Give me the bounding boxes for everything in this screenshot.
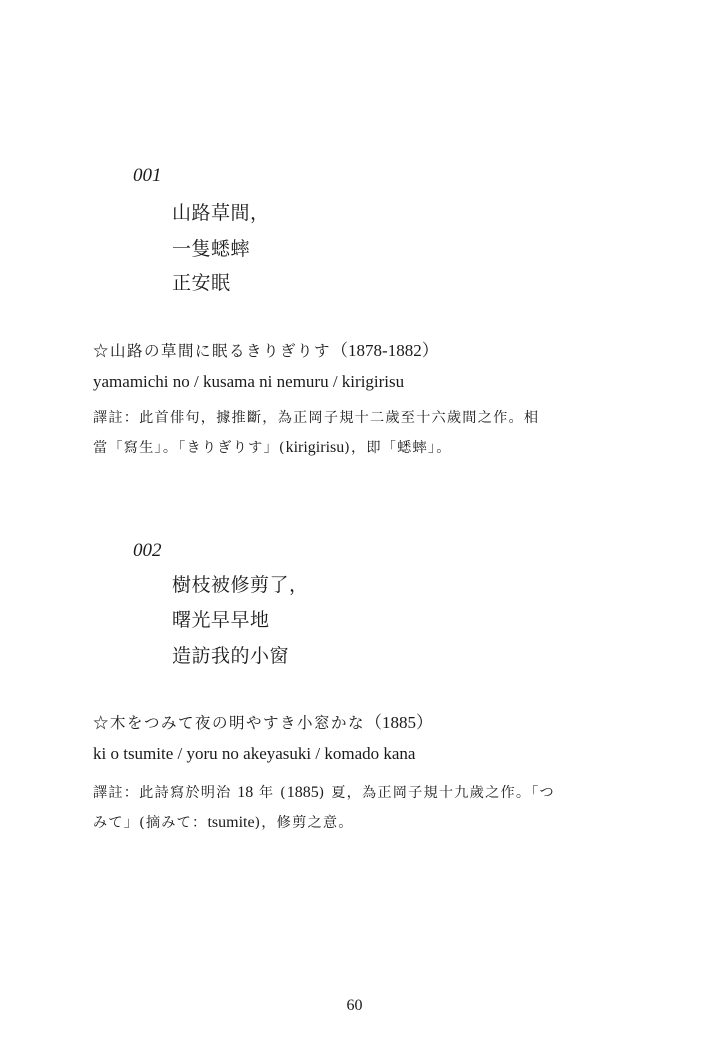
page-number: 60: [0, 997, 709, 1015]
note-text: 當「寫生」。「きりぎりす」(: [93, 440, 286, 456]
haiku-japanese: 山路の草間に眠るきりぎりす: [110, 342, 331, 360]
note-text: )，即「蟋蟀」。: [344, 440, 451, 456]
note-romaji: kirigirisu: [286, 439, 345, 456]
note-text: 譯註：此詩寫於明治: [93, 785, 237, 801]
entry-number: 001: [133, 166, 162, 186]
entry-number: 002: [133, 541, 162, 561]
haiku-year: （1885）: [365, 713, 433, 732]
translator-note: 譯註：此詩寫於明治 18 年 (1885) 夏，為正岡子規十九歲之作。「つ みて…: [93, 778, 623, 838]
note-text: )，修剪之意。: [255, 815, 354, 831]
haiku-romaji: yamamichi no / kusama ni nemuru / kirigi…: [93, 372, 404, 392]
haiku-romaji: ki o tsumite / yoru no akeyasuki / komad…: [93, 744, 415, 764]
translator-note: 譯註：此首俳句，據推斷，為正岡子規十二歲至十六歲間之作。相 當「寫生」。「きりぎ…: [93, 404, 623, 463]
haiku-original-text: ☆木をつみて夜の明やすき小窓かな（1885）: [93, 713, 433, 733]
haiku-original-text: ☆山路の草間に眠るきりぎりす（1878-1882）: [93, 341, 439, 361]
poem-line: 曙光早早地: [172, 609, 270, 631]
note-line: 譯註：此詩寫於明治 18 年 (1885) 夏，為正岡子規十九歲之作。「つ: [93, 778, 623, 808]
note-text: ) 夏，為正岡子規十九歲之作。「つ: [319, 785, 555, 801]
note-number: 1885: [287, 784, 319, 801]
note-text: みて」(摘みて：: [93, 815, 207, 831]
note-text: 年 (: [253, 785, 287, 801]
poem-line: 正安眠: [172, 272, 231, 294]
haiku-year: （1878-1882）: [331, 341, 439, 360]
star-icon: ☆: [93, 342, 110, 360]
note-number: 18: [237, 784, 253, 801]
note-line: 當「寫生」。「きりぎりす」(kirigirisu)，即「蟋蟀」。: [93, 433, 623, 463]
poem-line: 造訪我的小窗: [172, 645, 289, 667]
poem-line: 樹枝被修剪了，: [172, 574, 309, 596]
haiku-japanese: 木をつみて夜の明やすき小窓かな: [110, 714, 365, 732]
poem-line: 一隻蟋蟀: [172, 238, 250, 260]
note-line: 譯註：此首俳句，據推斷，為正岡子規十二歲至十六歲間之作。相: [93, 404, 623, 433]
poem-line: 山路草間，: [172, 202, 270, 224]
note-line: みて」(摘みて：tsumite)，修剪之意。: [93, 808, 623, 838]
note-romaji: tsumite: [207, 814, 254, 831]
star-icon: ☆: [93, 714, 110, 732]
